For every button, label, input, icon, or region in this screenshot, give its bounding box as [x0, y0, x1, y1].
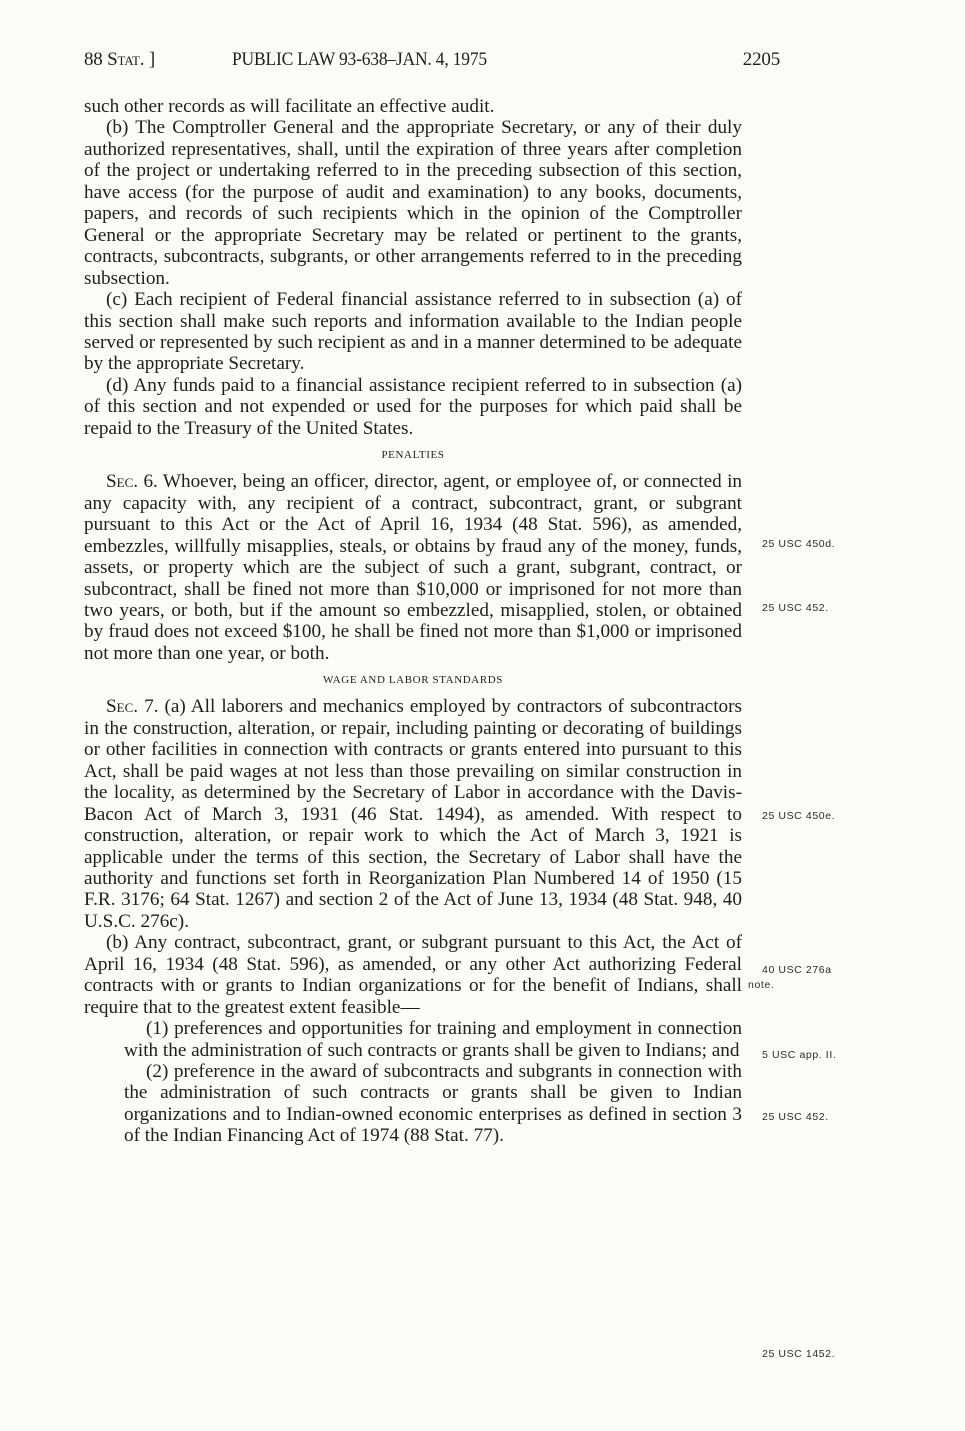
section-7a-text: (a) All laborers and mechanics employed … [84, 696, 742, 932]
paragraph-b: (b) The Comptroller General and the appr… [84, 117, 742, 289]
margin-note: note. [748, 979, 774, 991]
margin-note: 25 USC 452. [762, 1111, 829, 1123]
margin-note: 25 USC 1452. [762, 1348, 835, 1360]
margin-note: 40 USC 276a [762, 964, 832, 976]
paragraph-c: (c) Each recipient of Federal financial … [84, 289, 742, 375]
section-label: Sec. 7. [106, 696, 159, 717]
volume-number: 88 [84, 49, 103, 70]
section-7b: (b) Any contract, subcontract, grant, or… [84, 932, 742, 1018]
document-page: 88 Stat. ] PUBLIC LAW 93-638–JAN. 4, 197… [0, 0, 965, 1431]
section-6-text: Whoever, being an officer, director, age… [84, 471, 742, 664]
section-heading-wage: WAGE AND LABOR STANDARDS [84, 673, 742, 687]
margin-note: 25 USC 450e. [762, 810, 835, 822]
main-text-column: such other records as will facilitate an… [84, 96, 742, 1147]
section-label: Sec. 6. [106, 471, 158, 492]
statute-volume: 88 Stat. ] [84, 49, 155, 71]
section-7b-item-1: (1) preferences and opportunities for tr… [84, 1018, 742, 1061]
paragraph-d: (d) Any funds paid to a financial assist… [84, 375, 742, 439]
margin-note: 25 USC 452. [762, 602, 829, 614]
volume-suffix: Stat. [107, 49, 144, 70]
law-title: PUBLIC LAW 93-638–JAN. 4, 1975 [232, 49, 487, 71]
paragraph-continuation: such other records as will facilitate an… [84, 96, 742, 117]
margin-note: 5 USC app. II. [762, 1049, 836, 1061]
page-number: 2205 [743, 49, 780, 71]
margin-note: 25 USC 450d. [762, 538, 835, 550]
section-7b-item-2: (2) preference in the award of subcontra… [84, 1061, 742, 1147]
section-6: Sec. 6. Whoever, being an officer, direc… [84, 471, 742, 664]
section-7a: Sec. 7. (a) All laborers and mechanics e… [84, 696, 742, 932]
section-heading-penalties: PENALTIES [84, 448, 742, 462]
bracket: ] [149, 49, 155, 70]
running-header: 88 Stat. ] PUBLIC LAW 93-638–JAN. 4, 197… [84, 49, 744, 75]
